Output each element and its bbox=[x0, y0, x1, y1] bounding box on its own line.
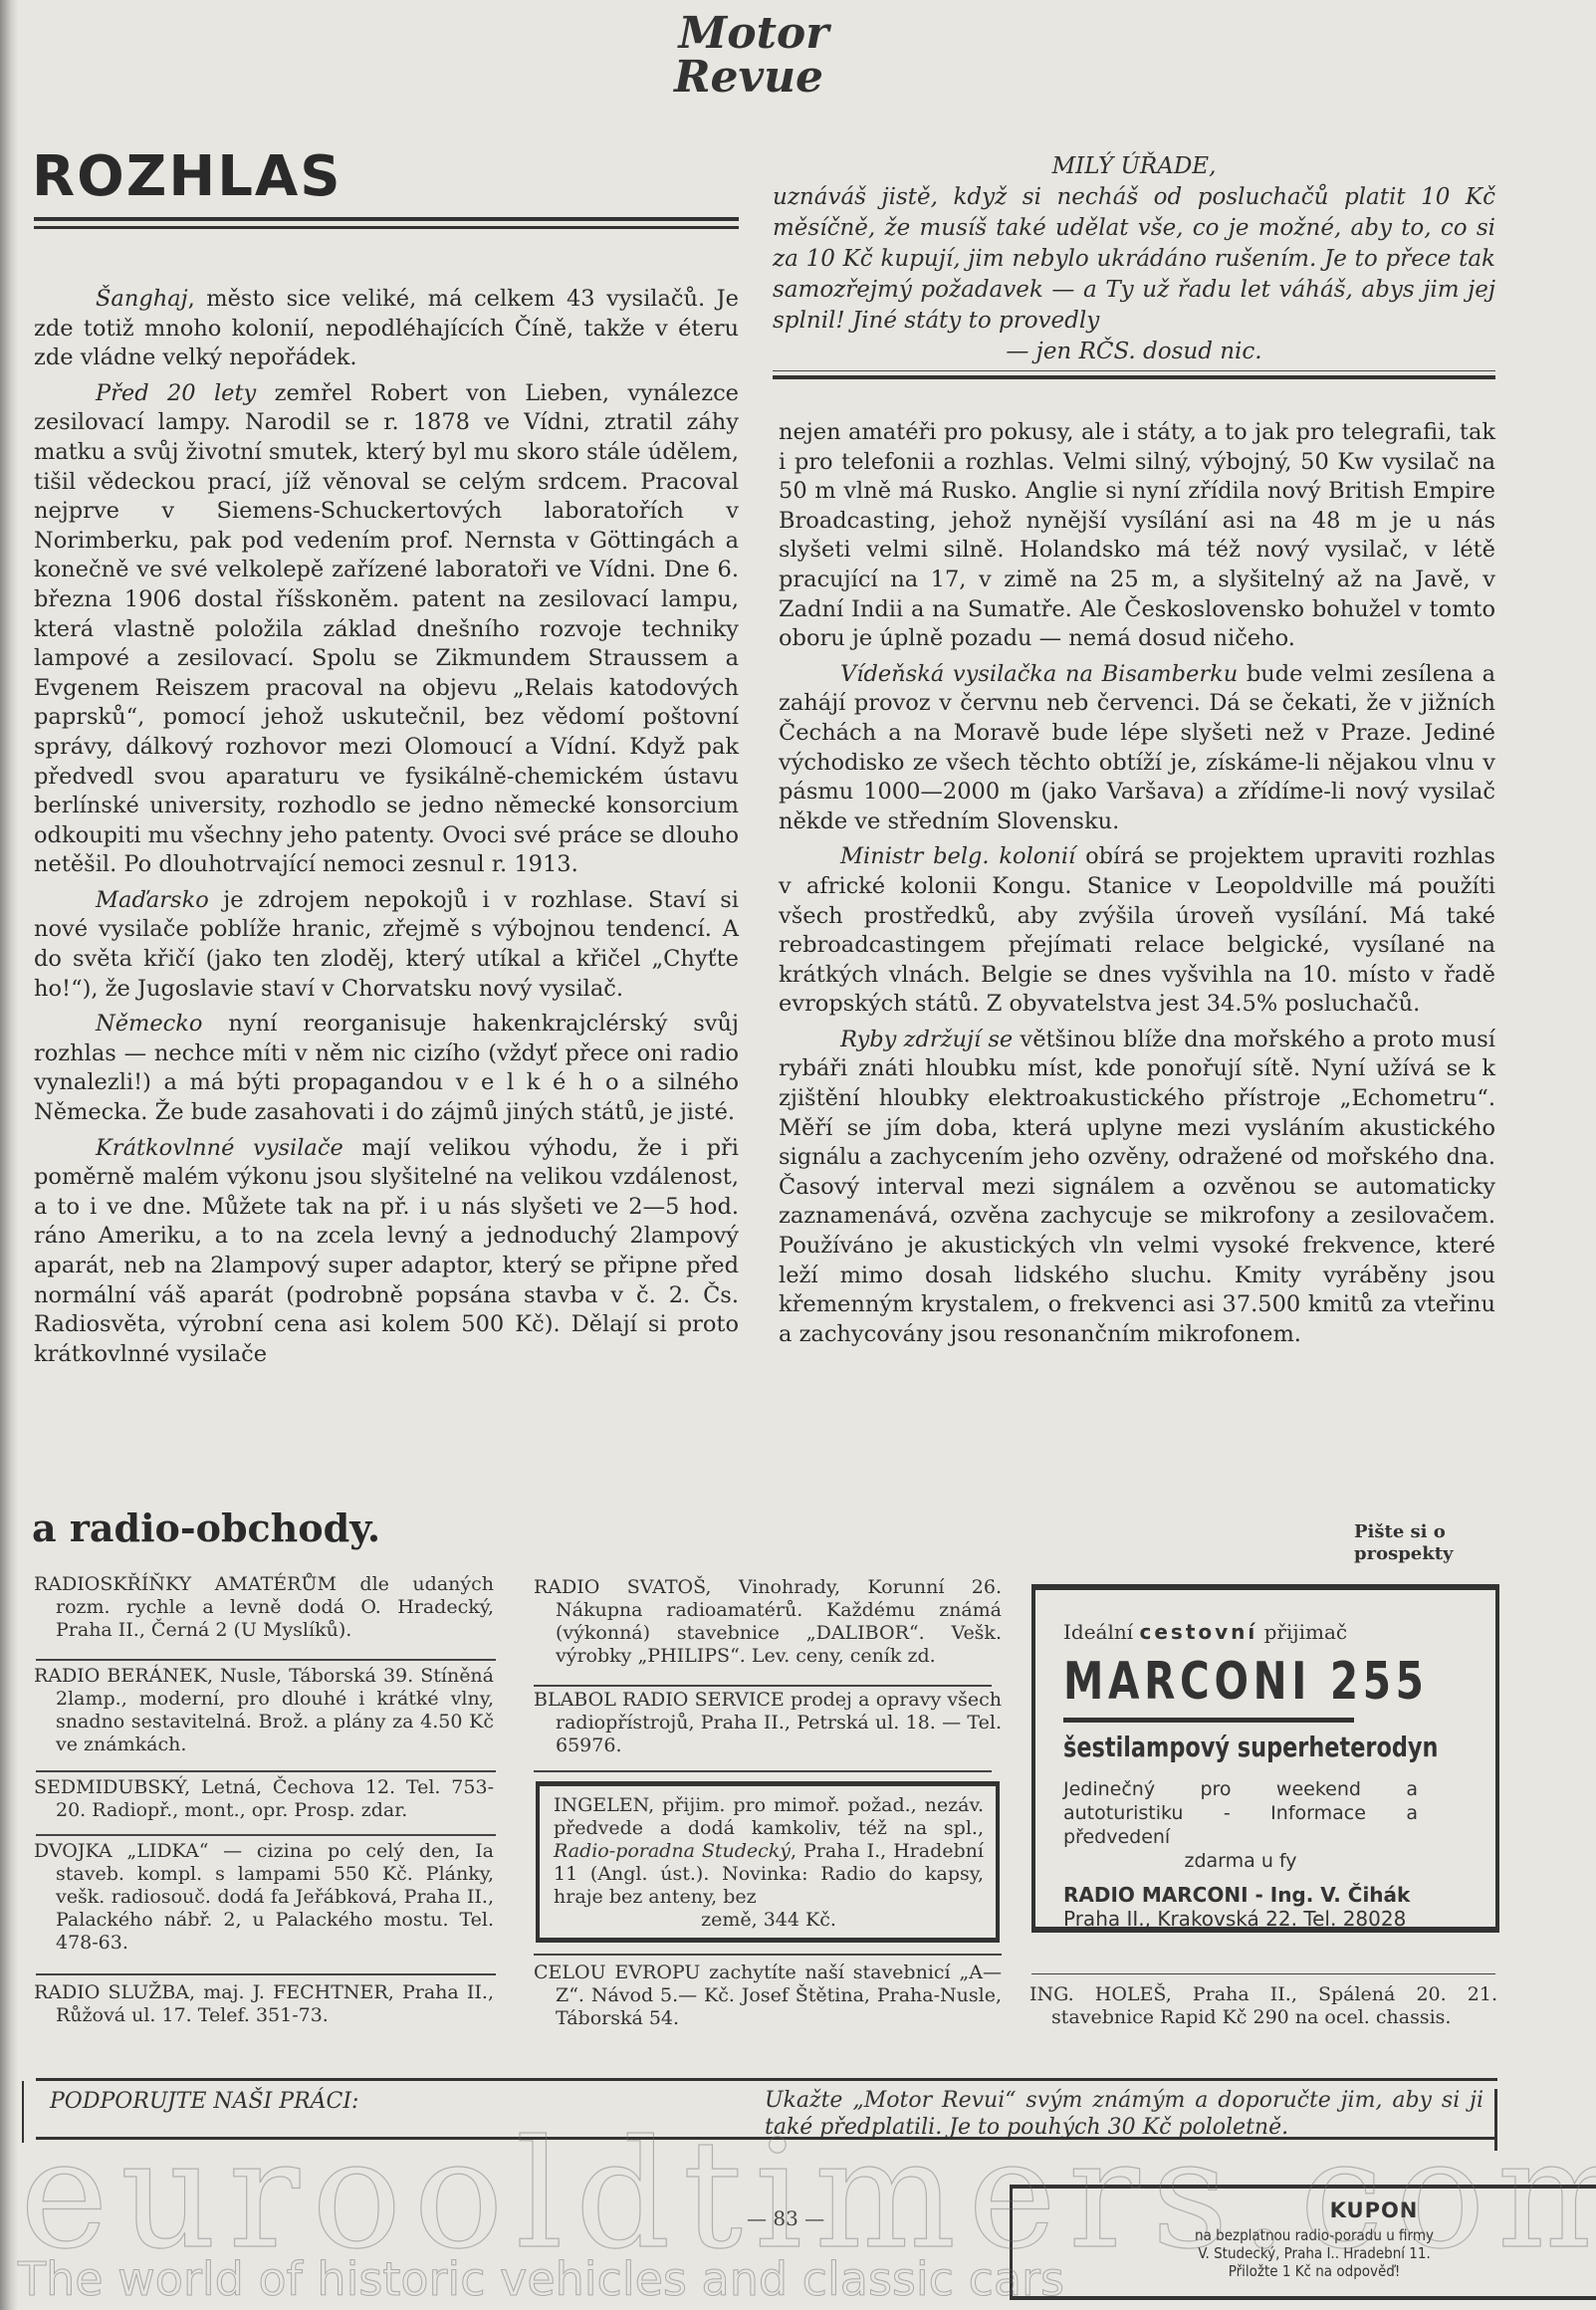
paragraph-ryby: Ryby zdržují se většinou blíže dna mořsk… bbox=[779, 1026, 1495, 1350]
ad-sedmidubsky: SEDMIDUBSKÝ, Letná, Čechova 12. Tel. 753… bbox=[34, 1776, 494, 1822]
ad-text-last: země, 344 Kč. bbox=[554, 1909, 984, 1932]
desc-text-last: zdarma u fy bbox=[1063, 1849, 1418, 1873]
ad-ingelen-box: INGELEN, přijim. pro mimoř. požad., nezá… bbox=[536, 1781, 1000, 1943]
tagline-word: Ideální bbox=[1063, 1620, 1133, 1644]
support-banner: PODPORUJTE NAŠI PRÁCI: Ukažte „Motor Rev… bbox=[36, 2078, 1497, 2140]
paragraph-lead: Maďarsko bbox=[96, 887, 209, 913]
ad-blabol-radio-service: BLABOL RADIO SERVICE prodej a opravy vše… bbox=[534, 1689, 1002, 1757]
ad-radio-svatos: RADIO SVATOŠ, Vinohrady, Korunní 26. Nák… bbox=[534, 1576, 1002, 1668]
ad-divider bbox=[534, 1685, 992, 1687]
logo-line-2: Revue bbox=[659, 56, 838, 100]
ad-text: INGELEN, přijim. pro mimoř. požad., nezá… bbox=[554, 1794, 984, 1839]
paragraph-text: většinou blíže dna mořského a proto musí… bbox=[779, 1027, 1495, 1347]
ads-section-title: a radio-obchody. bbox=[32, 1505, 380, 1550]
paragraph-nemecko: Německo nyní reorganisuje hakenkrajclérs… bbox=[34, 1010, 739, 1127]
ad-marconi-box: Ideální cestovní přijimač MARCONI 255 še… bbox=[1031, 1584, 1499, 1933]
ad-text: RADIOSKŘÍŇKY AMATÉRŮM dle udaných rozm. … bbox=[34, 1573, 494, 1642]
ad-divider bbox=[36, 1659, 496, 1661]
paragraph-lead: Ryby zdržují se bbox=[840, 1027, 1013, 1052]
open-letter: MILÝ ÚŘADE, uznáváš jistě, když si nechá… bbox=[773, 151, 1495, 367]
ad-text: CELOU EVROPU zachytíte naší stavebnicí „… bbox=[534, 1962, 1002, 2030]
ad-text: RADIO SVATOŠ, Vinohrady, Korunní 26. Nák… bbox=[534, 1576, 1002, 1668]
letter-closing: — jen RČS. dosud nic. bbox=[773, 337, 1495, 367]
marconi-brand-rule bbox=[1063, 1718, 1354, 1723]
letter-greeting: MILÝ ÚŘADE, bbox=[773, 151, 1495, 182]
article-title: ROZHLAS bbox=[32, 144, 342, 209]
paragraph-lead: Německo bbox=[96, 1011, 202, 1037]
kupon-box: KUPON na bezplatnou radio-poradu u firmy… bbox=[1010, 2185, 1596, 2300]
ad-divider bbox=[36, 1973, 496, 1975]
kupon-line-1: na bezplatnou radio-poradu u firmy bbox=[1032, 2226, 1596, 2244]
tagline-emphasis: cestovní bbox=[1140, 1620, 1258, 1644]
paragraph-madarsko: Maďarsko je zdrojem nepokojů i v rozhlas… bbox=[34, 886, 739, 1004]
ad-divider bbox=[534, 1954, 1002, 1956]
ad-text: RADIO SLUŽBA, maj. J. FECHTNER, Praha II… bbox=[34, 1981, 494, 2027]
banner-right-bar bbox=[1494, 2089, 1497, 2151]
ad-text: RADIO BERÁNEK, Nusle, Táborská 39. Stíně… bbox=[34, 1665, 494, 1756]
paragraph-text: mají velikou výhodu, že i při poměrně ma… bbox=[34, 1135, 739, 1367]
page-number: — 83 — bbox=[747, 2206, 824, 2230]
marconi-address: Praha II., Krakovská 22. Tel. 28028 bbox=[1063, 1907, 1468, 1931]
ad-radio-beranek: RADIO BERÁNEK, Nusle, Táborská 39. Stíně… bbox=[34, 1665, 494, 1756]
tagline-word: přijimač bbox=[1264, 1620, 1347, 1644]
ad-divider bbox=[1031, 1973, 1495, 1974]
page-binding-edge bbox=[0, 0, 18, 2310]
ad-text: ING. HOLEŠ, Praha II., Spálená 20. 21. s… bbox=[1029, 1983, 1497, 2029]
logo-line-1: Motor bbox=[669, 12, 838, 56]
marconi-brand: MARCONI 255 bbox=[1063, 1652, 1379, 1712]
title-double-rule bbox=[34, 217, 739, 229]
kupon-line-2: V. Studecký, Praha I.. Hradební 11. bbox=[1032, 2244, 1596, 2262]
ad-text: BLABOL RADIO SERVICE prodej a opravy vše… bbox=[534, 1689, 1002, 1757]
ad-celou-evropu: CELOU EVROPU zachytíte naší stavebnicí „… bbox=[534, 1962, 1002, 2030]
article-left-column: Šanghaj, město sice veliké, má celkem 43… bbox=[34, 285, 739, 1375]
marconi-tagline: Ideální cestovní přijimač bbox=[1063, 1620, 1468, 1644]
paragraph-lead: Šanghaj bbox=[96, 286, 188, 312]
paragraph-lieben: Před 20 lety zemřel Robert von Lieben, v… bbox=[34, 379, 739, 880]
paragraph-kratkovlnne: Krátkovlnné vysilače mají velikou výhodu… bbox=[34, 1134, 739, 1370]
paragraph-sanghaj: Šanghaj, město sice veliké, má celkem 43… bbox=[34, 285, 739, 373]
support-message: Ukažte „Motor Revui“ svým známým a dopor… bbox=[765, 2087, 1483, 2141]
watermark-tagline: The world of historic vehicles and class… bbox=[18, 2252, 1064, 2306]
paragraph-lead: Ministr belg. kolonií bbox=[840, 843, 1075, 869]
paragraph-text: zemřel Robert von Lieben, vynálezce zesi… bbox=[34, 380, 739, 878]
letter-body: uznáváš jistě, když si necháš od posluch… bbox=[773, 184, 1495, 334]
support-label: PODPORUJTE NAŠI PRÁCI: bbox=[50, 2089, 358, 2114]
ad-dvojka-lidka: DVOJKA „LIDKA“ — cizina po celý den, Ia … bbox=[34, 1840, 494, 1955]
desc-text: Jedinečný pro weekend a autoturistiku - … bbox=[1063, 1778, 1418, 1848]
kupon-title: KUPON bbox=[1032, 2198, 1596, 2222]
ad-text: DVOJKA „LIDKA“ — cizina po celý den, Ia … bbox=[34, 1840, 494, 1955]
motor-revue-logo: Motor Revue bbox=[669, 12, 838, 100]
ad-text: SEDMIDUBSKÝ, Letná, Čechova 12. Tel. 753… bbox=[34, 1776, 494, 1822]
paragraph-text: obírá se projektem upraviti rozhlas v af… bbox=[779, 843, 1495, 1017]
letter-rule bbox=[773, 370, 1495, 379]
paragraph-lead: Krátkovlnné vysilače bbox=[96, 1135, 343, 1161]
ad-italic-name: Radio-poradna Studecký bbox=[554, 1840, 791, 1862]
paragraph-kongo: Ministr belg. kolonií obírá se projektem… bbox=[779, 842, 1495, 1020]
paragraph-continuation: nejen amatéři pro pokusy, ale i státy, a… bbox=[779, 418, 1495, 654]
paragraph-lead: Před 20 lety bbox=[96, 380, 256, 406]
prospekty-note: Pište si o prospekty bbox=[1354, 1521, 1499, 1565]
article-right-column: nejen amatéři pro pokusy, ale i státy, a… bbox=[779, 418, 1495, 1355]
ad-ing-holes: ING. HOLEŠ, Praha II., Spálená 20. 21. s… bbox=[1029, 1983, 1497, 2029]
paragraph-bisamberk: Vídeňská vysilačka na Bisamberku bude ve… bbox=[779, 660, 1495, 837]
banner-left-bar bbox=[22, 2081, 24, 2143]
ad-divider bbox=[36, 1770, 496, 1772]
marconi-firm: RADIO MARCONI - Ing. V. Čihák bbox=[1063, 1883, 1468, 1907]
marconi-description: Jedinečný pro weekend a autoturistiku - … bbox=[1063, 1777, 1418, 1873]
ad-radioskrinky: RADIOSKŘÍŇKY AMATÉRŮM dle udaných rozm. … bbox=[34, 1573, 494, 1642]
paragraph-text: nejen amatéři pro pokusy, ale i státy, a… bbox=[779, 419, 1495, 651]
kupon-line-3: Přiložte 1 Kč na odpověď! bbox=[1032, 2262, 1596, 2280]
paragraph-lead: Vídeňská vysilačka na Bisamberku bbox=[840, 661, 1238, 687]
ad-divider bbox=[534, 1770, 992, 1772]
marconi-subtitle: šestilampový superheterodyn bbox=[1063, 1731, 1387, 1763]
ad-radio-sluzba: RADIO SLUŽBA, maj. J. FECHTNER, Praha II… bbox=[34, 1981, 494, 2027]
ad-divider bbox=[36, 1834, 496, 1836]
